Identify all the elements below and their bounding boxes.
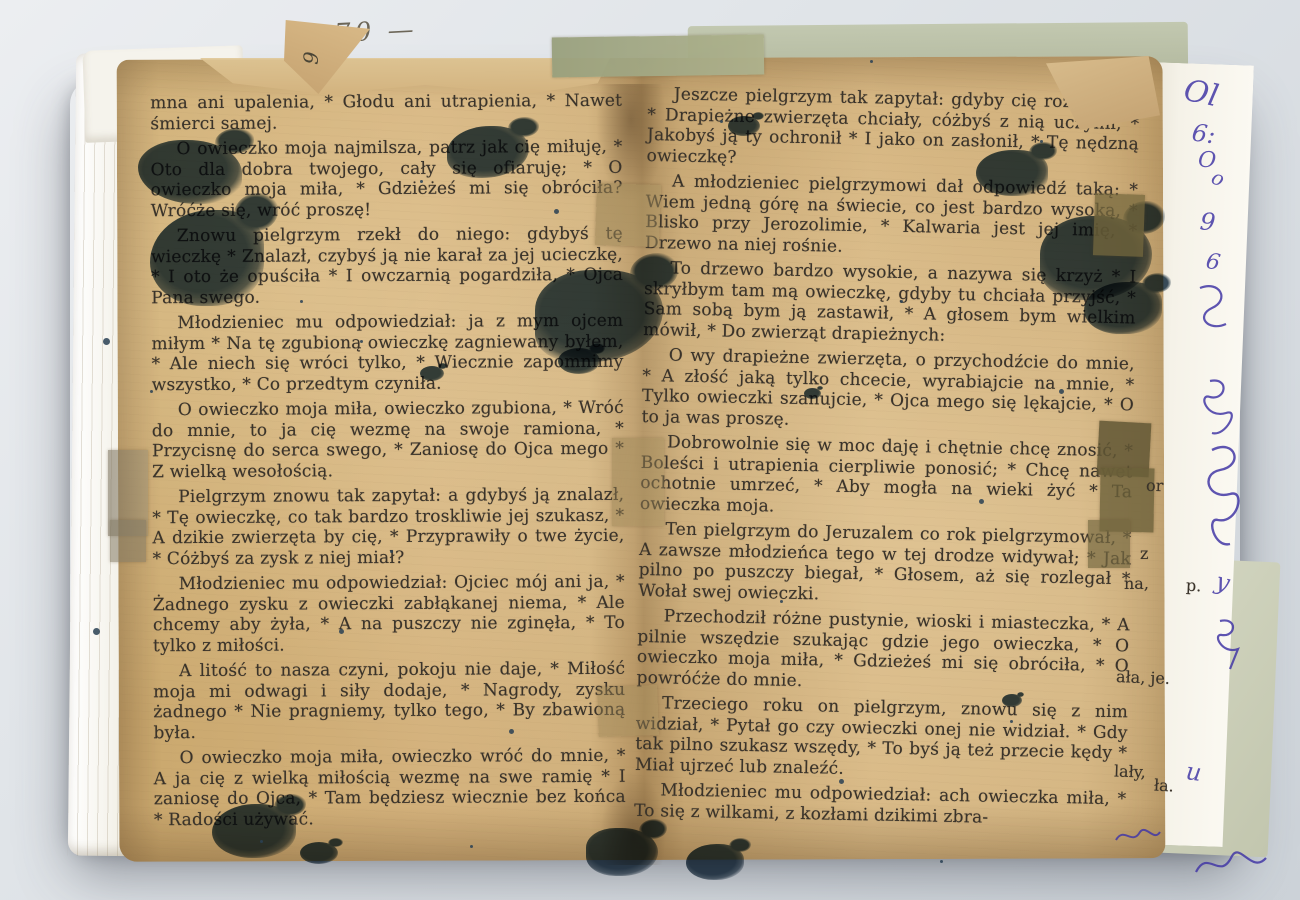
pen-squiggle-icon: [1190, 280, 1240, 340]
paragraph: Dobrowolnie się w moc daję i chętnie chc…: [640, 432, 1133, 523]
paragraph: O wy drapieżne zwierzęta, o przychodźcie…: [641, 345, 1134, 436]
paragraph: mna ani upalenia, * Głodu ani utrapienia…: [150, 91, 622, 134]
pen-doodle: 9: [1199, 207, 1217, 236]
photo-of-open-book: — 70 — 6 mna ani upalenia, * Głodu ani u…: [0, 0, 1300, 900]
ink-blot: [1002, 694, 1022, 707]
tape-repair: [612, 438, 664, 526]
paragraph: Młodzieniec mu odpowiedział: Ojciec mój …: [153, 572, 625, 656]
torn-text-fragment: z: [1140, 544, 1148, 563]
tape-repair: [552, 35, 765, 78]
right-page-text: Jeszcze pielgrzym tak zapytał: gdyby cię…: [634, 84, 1140, 813]
ink-blot: [300, 842, 338, 864]
torn-text-fragment: ła.: [1154, 775, 1175, 795]
paragraph: Przechodził różne pustynie, wioski i mia…: [636, 606, 1129, 697]
ink-speckles: [900, 300, 903, 303]
paragraph: Pielgrzym znowu tak zapytał: a gdybyś ją…: [152, 485, 624, 569]
torn-text-fragment: na,: [1124, 574, 1149, 593]
ink-blot: [686, 844, 744, 880]
pen-squiggle-icon: [1210, 615, 1250, 675]
paragraph: Trzeciego roku on pielgrzym, znowu się z…: [635, 693, 1128, 784]
tape-repair: [1093, 193, 1145, 257]
ink-speckles: [300, 300, 303, 303]
pen-squiggle-icon: [1112, 820, 1162, 850]
paragraph: O owieczko moja miła, owieczko zgubiona,…: [152, 398, 624, 482]
ink-blot: [976, 150, 1048, 196]
pen-doodle: Ol: [1181, 73, 1222, 114]
ink-blot: [558, 348, 600, 374]
pen-squiggle-icon: [1200, 440, 1250, 560]
torn-text-fragment: lały,: [1114, 761, 1146, 781]
tape-repair: [110, 520, 146, 562]
fold-pencil-mark: 6: [298, 51, 323, 66]
torn-text-fragment: or: [1146, 476, 1164, 496]
tape-repair: [1088, 520, 1130, 568]
ink-blot: [728, 116, 760, 136]
torn-text-fragment: p.: [1186, 576, 1202, 596]
paragraph: A litość to nasza czyni, pokoju nie daje…: [153, 659, 625, 743]
pen-squiggle-icon: [1196, 375, 1246, 445]
ink-blot: [804, 388, 821, 399]
ink-blot: [212, 804, 296, 858]
pen-doodle: 6:: [1190, 119, 1217, 150]
torn-text-fragment: ała, je.: [1116, 667, 1171, 688]
tape-repair: [597, 685, 659, 737]
tape-repair: [595, 183, 661, 247]
ink-blot: [1084, 282, 1162, 334]
ink-blot: [586, 828, 658, 876]
pen-squiggle-icon: [1190, 838, 1270, 888]
ink-blot: [420, 366, 444, 381]
paragraph: Ten pielgrzym do Jeruzalem co rok pielgr…: [638, 519, 1131, 610]
